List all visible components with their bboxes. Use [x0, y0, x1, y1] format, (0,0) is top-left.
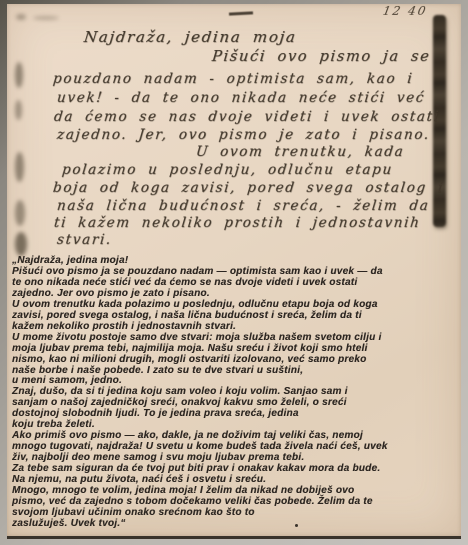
typed-transcription: „Najdraža, jedina moja! Pišući ovo pismo… [12, 256, 462, 530]
scanned-letter-image: 12 40 Najdraža, jedina moja Pišući ovo p… [0, 0, 468, 545]
ink-dot-mark [295, 524, 298, 527]
handwritten-line: polazimo u poslednju, odlučnu etapu [61, 162, 394, 178]
handwritten-line: pouzdano nadam - optimista sam, kao i [52, 71, 414, 87]
handwritten-line: stvari. [56, 232, 113, 248]
handwritten-letter: 12 40 Najdraža, jedina moja Pišući ovo p… [0, 0, 468, 250]
handwritten-line: uvek! - da te ono nikada neće stići već [56, 90, 426, 106]
handwritten-date-note: 12 40 [382, 4, 429, 18]
handwritten-line: ti kažem nekoliko prostih i jednostavnih [53, 215, 421, 231]
handwritten-line: da ćemo se nas dvoje videti i uvek ostat… [53, 109, 440, 125]
handwritten-line: boja od koga zavisi, pored svega ostalog… [52, 180, 445, 196]
handwritten-line: Najdraža, jedina moja [83, 28, 298, 46]
handwritten-line: Pišući ovo pismo ja se [211, 49, 431, 65]
handwritten-line: U ovom trenutku, kada [195, 144, 405, 160]
transcription-line: U mome životu postoje samo dve stvari: m… [12, 333, 462, 344]
transcription-line: moja ljubav prema tebi, najmilija moja. … [12, 344, 462, 355]
handwritten-line: zajedno. Jer, ovo pismo je zato i pisano… [56, 127, 431, 143]
transcription-line: zaslužuješ. Uvek tvoj.“ [12, 519, 462, 530]
transcription-line: nismo, kao ni milioni drugih, mogli ostv… [12, 355, 462, 366]
handwritten-line: naša lična budućnost i sreća, - želim da [56, 198, 430, 214]
